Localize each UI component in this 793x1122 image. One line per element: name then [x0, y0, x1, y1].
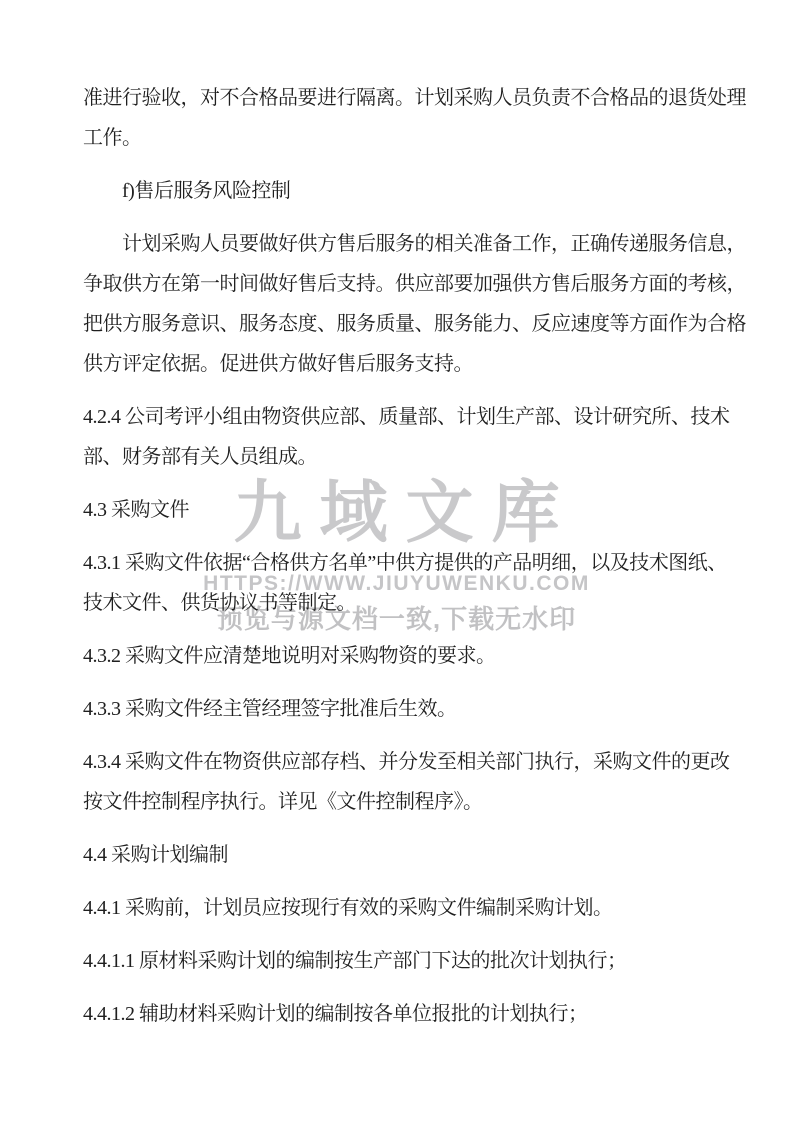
document-content: 准进行验收，对不合格品要进行隔离。计划采购人员负责不合格品的退货处理工作。f)售… [83, 78, 743, 1047]
paragraph: 4.4.1.2 辅助材料采购计划的编制按各单位报批的计划执行； [83, 994, 743, 1034]
paragraph: 4.3 采购文件 [83, 490, 743, 530]
text-line: 供方评定依据。促进供方做好售后服务支持。 [83, 344, 743, 384]
paragraph: 4.4 采购计划编制 [83, 835, 743, 875]
paragraph: 4.3.4 采购文件在物资供应部存档、并分发至相关部门执行，采购文件的更改按文件… [83, 742, 743, 822]
text-line: 4.3 采购文件 [83, 490, 743, 530]
text-line: 把供方服务意识、服务态度、服务质量、服务能力、反应速度等方面作为合格 [83, 304, 743, 344]
text-line: f)售后服务风险控制 [83, 171, 743, 211]
paragraph: 4.2.4 公司考评小组由物资供应部、质量部、计划生产部、设计研究所、技术部、财… [83, 397, 743, 477]
paragraph: 4.3.3 采购文件经主管经理签字批准后生效。 [83, 689, 743, 729]
paragraph: 4.3.1 采购文件依据“合格供方名单”中供方提供的产品明细，以及技术图纸、技术… [83, 543, 743, 623]
text-line: 4.4.1.1 原材料采购计划的编制按生产部门下达的批次计划执行； [83, 941, 743, 981]
text-line: 4.3.4 采购文件在物资供应部存档、并分发至相关部门执行，采购文件的更改 [83, 742, 743, 782]
text-line: 计划采购人员要做好供方售后服务的相关准备工作，正确传递服务信息， [83, 224, 743, 264]
paragraph: 4.4.1.1 原材料采购计划的编制按生产部门下达的批次计划执行； [83, 941, 743, 981]
text-line: 4.2.4 公司考评小组由物资供应部、质量部、计划生产部、设计研究所、技术 [83, 397, 743, 437]
document-page: 九域文库 HTTPS://WWW.JIUYUWENKU.COM 预览与源文档一致… [0, 0, 793, 1122]
paragraph: 准进行验收，对不合格品要进行隔离。计划采购人员负责不合格品的退货处理工作。 [83, 78, 743, 158]
text-line: 争取供方在第一时间做好售后支持。供应部要加强供方售后服务方面的考核， [83, 264, 743, 304]
text-line: 工作。 [83, 118, 743, 158]
paragraph: 4.3.2 采购文件应清楚地说明对采购物资的要求。 [83, 636, 743, 676]
text-line: 技术文件、供货协议书等制定。 [83, 583, 743, 623]
text-line: 4.3.3 采购文件经主管经理签字批准后生效。 [83, 689, 743, 729]
text-line: 按文件控制程序执行。详见《文件控制程序》。 [83, 782, 743, 822]
text-line: 4.4.1.2 辅助材料采购计划的编制按各单位报批的计划执行； [83, 994, 743, 1034]
text-line: 4.4 采购计划编制 [83, 835, 743, 875]
text-line: 部、财务部有关人员组成。 [83, 437, 743, 477]
text-line: 4.3.1 采购文件依据“合格供方名单”中供方提供的产品明细，以及技术图纸、 [83, 543, 743, 583]
text-line: 4.3.2 采购文件应清楚地说明对采购物资的要求。 [83, 636, 743, 676]
paragraph: 计划采购人员要做好供方售后服务的相关准备工作，正确传递服务信息，争取供方在第一时… [83, 224, 743, 384]
text-line: 准进行验收，对不合格品要进行隔离。计划采购人员负责不合格品的退货处理 [83, 78, 743, 118]
paragraph: f)售后服务风险控制 [83, 171, 743, 211]
text-line: 4.4.1 采购前，计划员应按现行有效的采购文件编制采购计划。 [83, 888, 743, 928]
paragraph: 4.4.1 采购前，计划员应按现行有效的采购文件编制采购计划。 [83, 888, 743, 928]
